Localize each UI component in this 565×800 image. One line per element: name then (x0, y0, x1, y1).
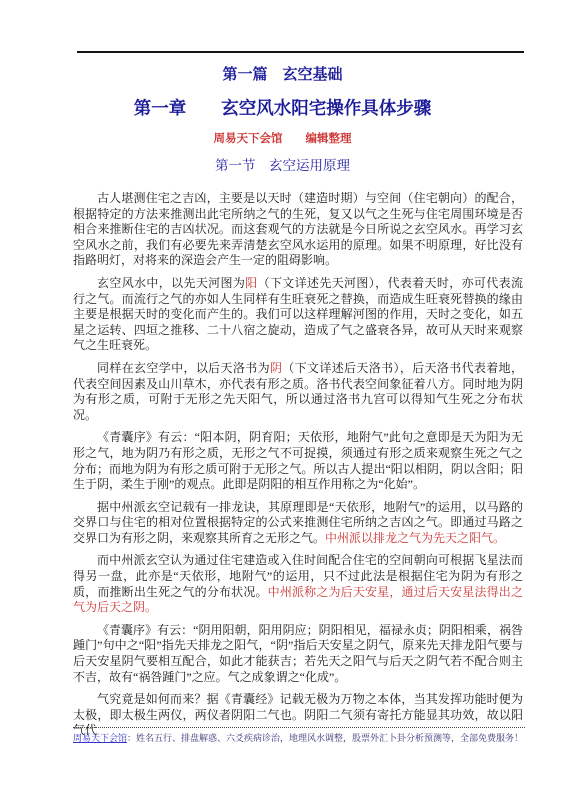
footer-site-link[interactable]: 周易天下会馆 (73, 733, 127, 743)
highlighted-text: 阴 (270, 361, 282, 375)
document-page: 第一篇 玄空基础 第一章 玄空风水阳宅操作具体步骤 周易天下会馆 编辑整理 第一… (0, 0, 565, 800)
body-paragraphs: 古人堪测住宅之吉凶，主要是以天时（建造时期）与空间（住宅朝向）的配合，根据特定的… (0, 174, 565, 739)
section-title: 第一节 玄空运用原理 (0, 154, 565, 174)
body-text-run: 《青囊序》有云：“阴用阳朝，阳用阴应；阴阳相见，福禄永贞；阴阳相乘，祸咎踵门”句… (73, 623, 523, 684)
chapter-title: 第一章 玄空风水阳宅操作具体步骤 (0, 95, 565, 120)
paragraph: 据中州派玄空记载有一排龙诀，其原理即是“天依形，地附气”的运用，以马路的交界口与… (73, 500, 523, 547)
paragraph: 玄空风水中，以先天河图为阳（下文详述先天河图），代表着天时，亦可代表流行之气。而… (73, 276, 523, 354)
body-text-run: 玄空风水中，以先天河图为 (97, 276, 245, 290)
body-text-run: 同样在玄空学中，以后天洛书为 (97, 361, 270, 375)
title-block: 第一篇 玄空基础 第一章 玄空风水阳宅操作具体步骤 周易天下会馆 编辑整理 第一… (0, 0, 565, 174)
body-text-run: 《青囊序》有云：“阳本阴，阴育阳；天依形，地附气”此句之意即是天为阳为无形之气，… (73, 430, 523, 491)
paragraph: 同样在玄空学中，以后天洛书为阴（下文详述后天洛书），后天洛书代表着地，代表空间因… (73, 361, 523, 423)
paragraph: 古人堪测住宅之吉凶，主要是以天时（建造时期）与空间（住宅朝向）的配合，根据特定的… (73, 191, 523, 269)
footer-services-text: ：姓名五行、排盘解惑、六爻疾病诊治，地理风水调整，股票外汇卜卦分析预测等，全部免… (127, 733, 523, 743)
page-footer: 周易天下会馆：姓名五行、排盘解惑、六爻疾病诊治，地理风水调整，股票外汇卜卦分析预… (73, 727, 525, 745)
paragraph: 《青囊序》有云：“阴用阳朝，阳用阴应；阴阳相见，福禄永贞；阴阳相乘，祸咎踵门”句… (73, 623, 523, 685)
highlighted-text: 中州派以排龙之气为先天之阳气。 (325, 531, 505, 545)
header-rule (77, 51, 524, 53)
paragraph: 《青囊序》有云：“阳本阴，阴育阳；天依形，地附气”此句之意即是天为阳为无形之气，… (73, 430, 523, 492)
paragraph: 而中州派玄空认为通过住宅建造或入住时间配合住宅的空间朝向可根据飞星法而得另一盘，… (73, 553, 523, 615)
editor-credit: 周易天下会馆 编辑整理 (0, 130, 565, 146)
part-title: 第一篇 玄空基础 (0, 63, 565, 84)
highlighted-text: 阳 (245, 276, 257, 290)
body-text-run: 古人堪测住宅之吉凶，主要是以天时（建造时期）与空间（住宅朝向）的配合，根据特定的… (73, 191, 523, 267)
